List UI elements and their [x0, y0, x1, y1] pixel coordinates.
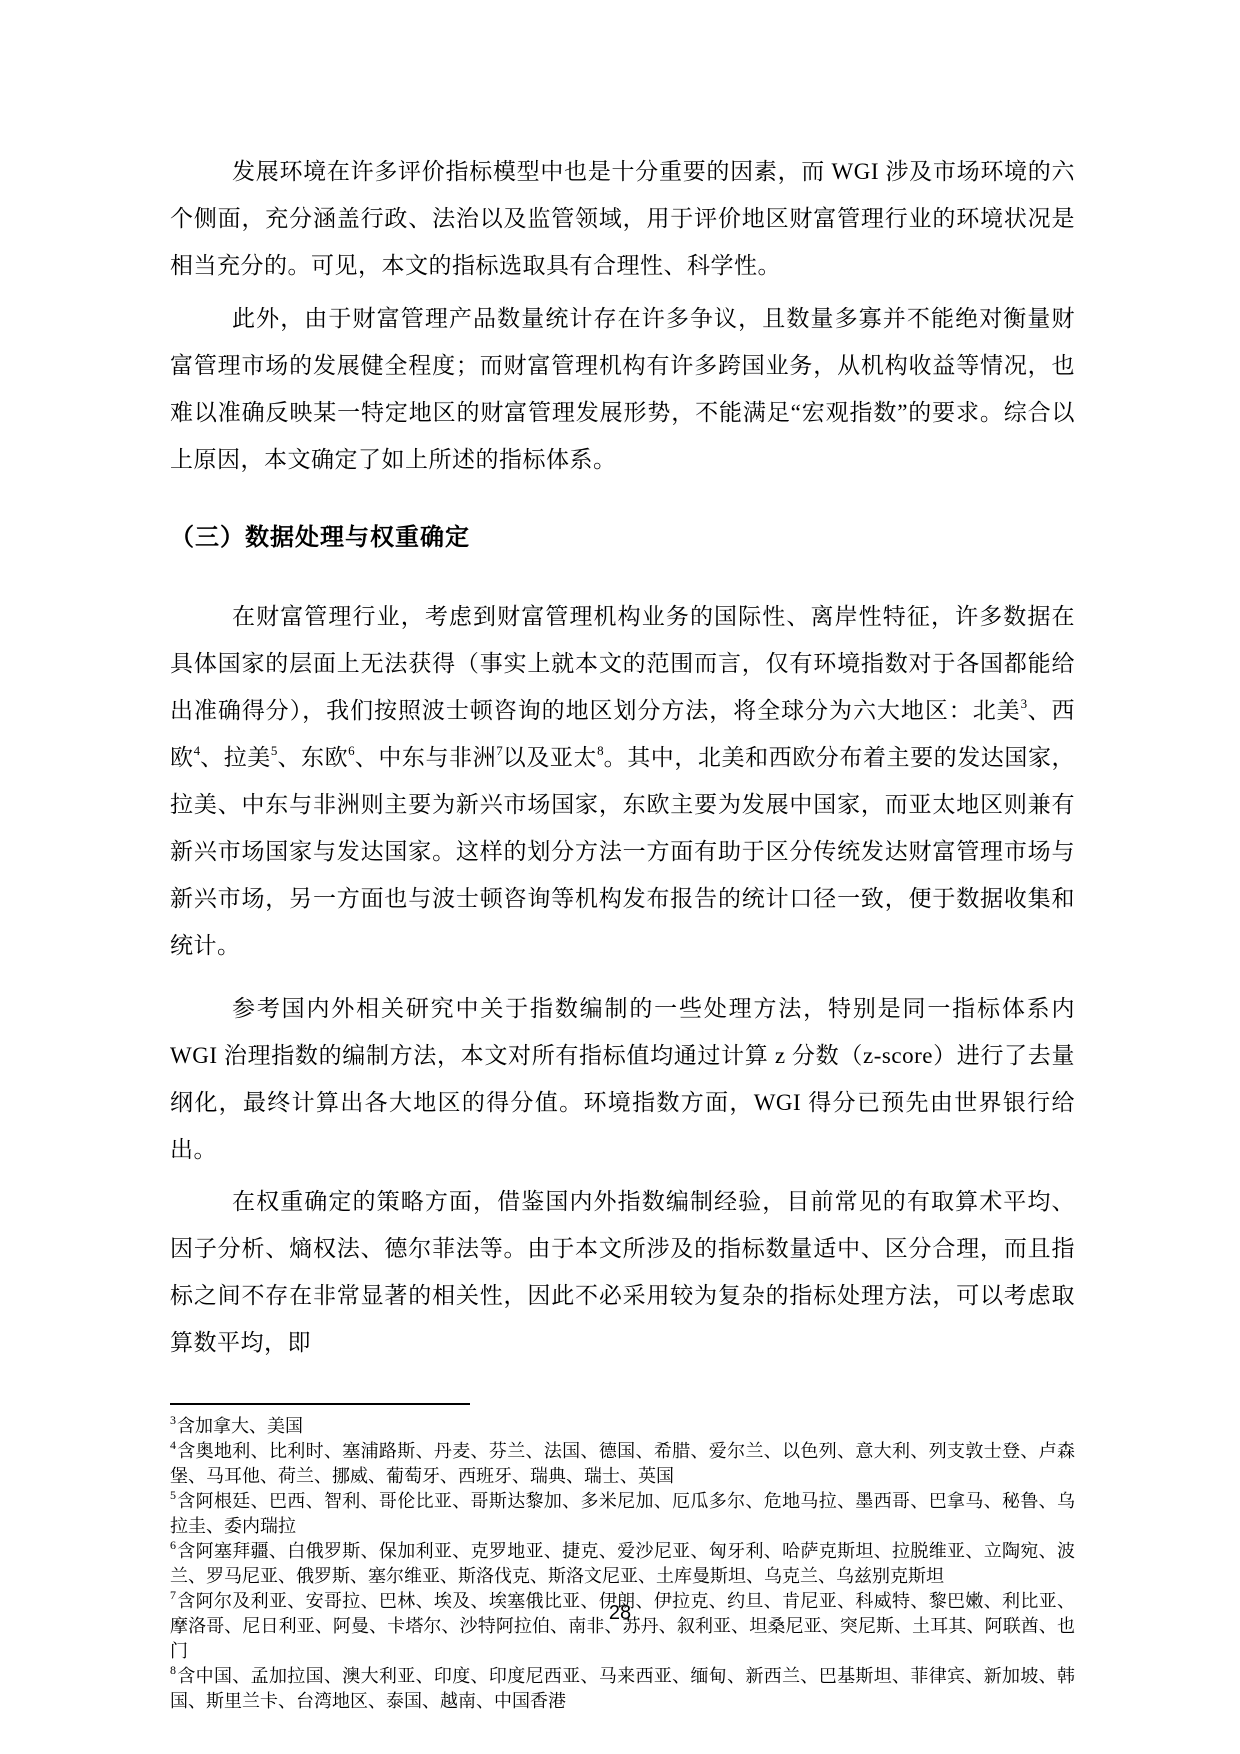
footnote-ref-6: 6: [348, 743, 355, 758]
footnote-ref-3: 3: [1021, 696, 1028, 711]
page-number: 28: [0, 1602, 1240, 1625]
paragraph-text: 。其中，北美和西欧分布着主要的发达国家，拉美、中东与非洲则主要为新兴市场国家，东…: [170, 745, 1075, 958]
paragraph-text: 、拉美: [200, 745, 271, 770]
footnote-marker: 8: [170, 1663, 176, 1677]
body-paragraph-5: 在权重确定的策略方面，借鉴国内外指数编制经验，目前常见的有取算术平均、因子分析、…: [170, 1178, 1075, 1366]
footnote-ref-8: 8: [597, 743, 604, 758]
paragraph-text: 以及亚太: [503, 745, 597, 770]
footnote-text: 含中国、孟加拉国、澳大利亚、印度、印度尼西亚、马来西亚、缅甸、新西兰、巴基斯坦、…: [170, 1666, 1075, 1711]
footnote-text: 含阿根廷、巴西、智利、哥伦比亚、哥斯达黎加、多米尼加、厄瓜多尔、危地马拉、墨西哥…: [170, 1491, 1075, 1536]
footnote-marker: 3: [170, 1413, 176, 1427]
footnote-item: 5含阿根廷、巴西、智利、哥伦比亚、哥斯达黎加、多米尼加、厄瓜多尔、危地马拉、墨西…: [170, 1489, 1075, 1539]
footnote-text: 含奥地利、比利时、塞浦路斯、丹麦、芬兰、法国、德国、希腊、爱尔兰、以色列、意大利…: [170, 1441, 1075, 1486]
footnote-ref-4: 4: [194, 743, 201, 758]
footnote-marker: 7: [170, 1588, 176, 1602]
footnote-text: 含加拿大、美国: [177, 1416, 303, 1436]
document-page: 发展环境在许多评价指标模型中也是十分重要的因素，而 WGI 涉及市场环境的六个侧…: [0, 0, 1240, 1754]
page-content: 发展环境在许多评价指标模型中也是十分重要的因素，而 WGI 涉及市场环境的六个侧…: [170, 148, 1075, 1714]
body-paragraph-3: 在财富管理行业，考虑到财富管理机构业务的国际性、离岸性特征，许多数据在具体国家的…: [170, 593, 1075, 969]
footnote-item: 6含阿塞拜疆、白俄罗斯、保加利亚、克罗地亚、捷克、爱沙尼亚、匈牙利、哈萨克斯坦、…: [170, 1539, 1075, 1589]
footnote-item: 3含加拿大、美国: [170, 1414, 1075, 1439]
footnote-ref-7: 7: [496, 743, 503, 758]
footnote-marker: 6: [170, 1538, 176, 1552]
body-paragraph-4: 参考国内外相关研究中关于指数编制的一些处理方法，特别是同一指标体系内 WGI 治…: [170, 985, 1075, 1173]
footnote-separator: [170, 1403, 470, 1405]
footnote-item: 8含中国、孟加拉国、澳大利亚、印度、印度尼西亚、马来西亚、缅甸、新西兰、巴基斯坦…: [170, 1664, 1075, 1714]
paragraph-text: 、中东与非洲: [355, 745, 497, 770]
paragraph-text: 、东欧: [277, 745, 348, 770]
footnote-marker: 5: [170, 1488, 176, 1502]
footnote-ref-5: 5: [271, 743, 278, 758]
footnote-item: 7含阿尔及利亚、安哥拉、巴林、埃及、埃塞俄比亚、伊朗、伊拉克、约旦、肯尼亚、科威…: [170, 1589, 1075, 1664]
footnote-text: 含阿塞拜疆、白俄罗斯、保加利亚、克罗地亚、捷克、爱沙尼亚、匈牙利、哈萨克斯坦、拉…: [170, 1541, 1075, 1586]
paragraph-text: 在财富管理行业，考虑到财富管理机构业务的国际性、离岸性特征，许多数据在具体国家的…: [170, 604, 1075, 723]
body-paragraph-2: 此外，由于财富管理产品数量统计存在许多争议，且数量多寡并不能绝对衡量财富管理市场…: [170, 295, 1075, 483]
footnotes-section: 3含加拿大、美国 4含奥地利、比利时、塞浦路斯、丹麦、芬兰、法国、德国、希腊、爱…: [170, 1414, 1075, 1714]
footnote-item: 4含奥地利、比利时、塞浦路斯、丹麦、芬兰、法国、德国、希腊、爱尔兰、以色列、意大…: [170, 1439, 1075, 1489]
section-heading: （三）数据处理与权重确定: [170, 514, 1075, 561]
body-paragraph-1: 发展环境在许多评价指标模型中也是十分重要的因素，而 WGI 涉及市场环境的六个侧…: [170, 148, 1075, 289]
footnote-marker: 4: [170, 1438, 176, 1452]
